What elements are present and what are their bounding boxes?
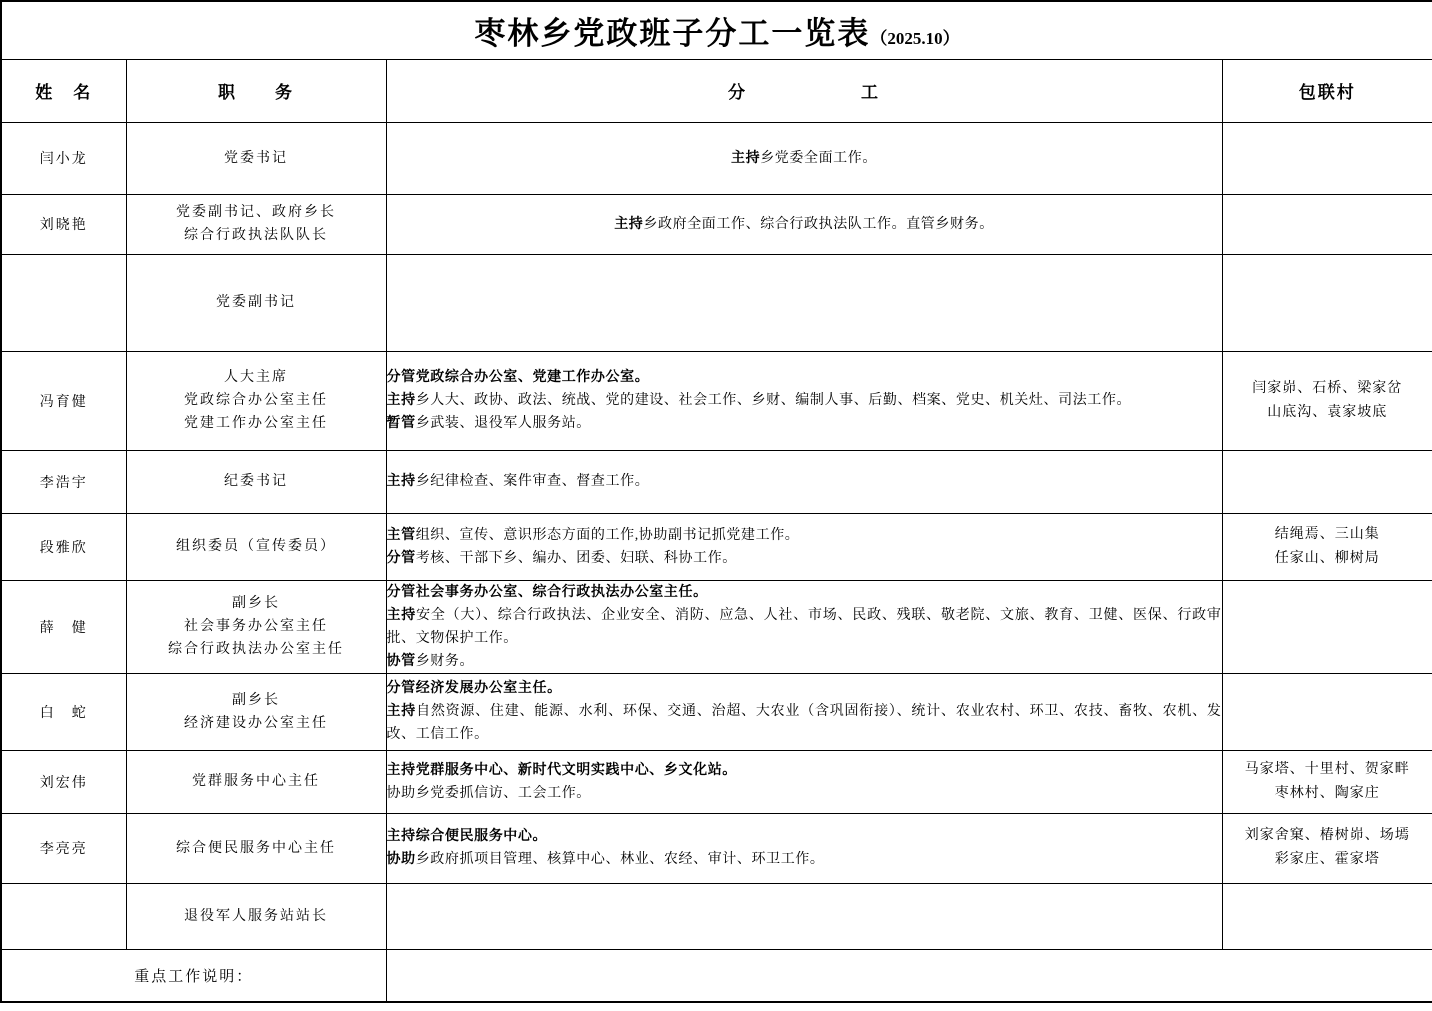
duty-text: 乡纪律检查、案件审查、督查工作。 <box>416 474 650 489</box>
division-cell <box>386 883 1222 949</box>
name-cell <box>1 254 126 351</box>
duty-keyword: 主持 <box>731 151 760 166</box>
position-line: 人大主席 <box>127 366 386 389</box>
name-cell: 闫小龙 <box>1 122 126 194</box>
position-cell: 人大主席党政综合办公室主任党建工作办公室主任 <box>126 351 386 450</box>
villages-line: 马家塔、十里村、贺家畔 <box>1223 758 1432 782</box>
duty-keyword: 分管 <box>387 551 416 566</box>
division-line: 主持自然资源、住建、能源、水利、环保、交通、治超、大农业（含巩固衔接）、统计、农… <box>387 700 1222 746</box>
villages-cell <box>1222 122 1432 194</box>
division-line: 主持乡政府全面工作、综合行政执法队工作。直管乡财务。 <box>387 213 1222 236</box>
villages-cell: 马家塔、十里村、贺家畔枣林村、陶家庄 <box>1222 750 1432 813</box>
division-line: 协助乡政府抓项目管理、核算中心、林业、农经、审计、环卫工作。 <box>387 848 1222 871</box>
table-row: 白 蛇副乡长经济建设办公室主任分管经济发展办公室主任。主持自然资源、住建、能源、… <box>1 673 1432 750</box>
position-line: 纪委书记 <box>127 470 386 493</box>
villages-line: 刘家舍窠、椿树峁、场墕 <box>1223 824 1432 848</box>
title-row: 枣林乡党政班子分工一览表（2025.10） <box>1 1 1432 59</box>
footer-note-content <box>386 949 1432 1002</box>
division-line: 分管经济发展办公室主任。 <box>387 677 1222 700</box>
duty-text: 考核、干部下乡、编办、团委、妇联、科协工作。 <box>416 551 737 566</box>
position-line: 党政综合办公室主任 <box>127 389 386 412</box>
footer-note-label: 重点工作说明： <box>1 949 386 1002</box>
duty-text: 乡财务。 <box>416 654 474 669</box>
table-body: 闫小龙党委书记主持乡党委全面工作。刘晓艳党委副书记、政府乡长综合行政执法队队长主… <box>1 122 1432 949</box>
position-cell: 综合便民服务中心主任 <box>126 813 386 883</box>
position-cell: 党委副书记 <box>126 254 386 351</box>
division-line: 暂管乡武装、退役军人服务站。 <box>387 412 1222 435</box>
position-cell: 组织委员（宣传委员） <box>126 513 386 580</box>
position-line: 退役军人服务站站长 <box>127 905 386 928</box>
division-cell: 主持党群服务中心、新时代文明实践中心、乡文化站。协助乡党委抓信访、工会工作。 <box>386 750 1222 813</box>
duty-keyword: 主持 <box>614 217 643 232</box>
villages-line: 闫家峁、石桥、梁家岔 <box>1223 377 1432 401</box>
division-cell: 分管社会事务办公室、综合行政执法办公室主任。主持安全（大）、综合行政执法、企业安… <box>386 580 1222 673</box>
table-row: 李浩宇纪委书记主持乡纪律检查、案件审查、督查工作。 <box>1 450 1432 513</box>
division-cell: 分管党政综合办公室、党建工作办公室。主持乡人大、政协、政法、统战、党的建设、社会… <box>386 351 1222 450</box>
position-line: 社会事务办公室主任 <box>127 615 386 638</box>
villages-cell: 闫家峁、石桥、梁家岔山底沟、袁家坡底 <box>1222 351 1432 450</box>
position-line: 党委副书记、政府乡长 <box>127 201 386 224</box>
duty-keyword: 分管党政综合办公室、党建工作办公室。 <box>387 370 650 385</box>
header-villages: 包联村 <box>1222 59 1432 122</box>
duty-text: 乡政府抓项目管理、核算中心、林业、农经、审计、环卫工作。 <box>416 852 825 867</box>
header-name: 姓 名 <box>1 59 126 122</box>
table-row: 刘宏伟党群服务中心主任主持党群服务中心、新时代文明实践中心、乡文化站。协助乡党委… <box>1 750 1432 813</box>
header-division: 分 工 <box>386 59 1222 122</box>
table-row: 冯育健人大主席党政综合办公室主任党建工作办公室主任分管党政综合办公室、党建工作办… <box>1 351 1432 450</box>
division-line: 主持乡人大、政协、政法、统战、党的建设、社会工作、乡财、编制人事、后勤、档案、党… <box>387 389 1222 412</box>
duty-text: 乡政府全面工作、综合行政执法队工作。直管乡财务。 <box>643 217 993 232</box>
villages-cell: 结绳焉、三山集任家山、柳树局 <box>1222 513 1432 580</box>
villages-cell <box>1222 254 1432 351</box>
division-cell: 主持乡纪律检查、案件审查、督查工作。 <box>386 450 1222 513</box>
villages-line: 任家山、柳树局 <box>1223 547 1432 571</box>
division-cell: 主持乡政府全面工作、综合行政执法队工作。直管乡财务。 <box>386 194 1222 254</box>
table-row: 段雅欣组织委员（宣传委员）主管组织、宣传、意识形态方面的工作,协助副书记抓党建工… <box>1 513 1432 580</box>
duty-text: 乡党委全面工作。 <box>760 151 877 166</box>
division-line: 分管考核、干部下乡、编办、团委、妇联、科协工作。 <box>387 547 1222 570</box>
duty-keyword: 主持党群服务中心、新时代文明实践中心、乡文化站。 <box>387 763 737 778</box>
villages-cell <box>1222 673 1432 750</box>
duty-keyword: 分管经济发展办公室主任。 <box>387 681 562 696</box>
position-line: 综合便民服务中心主任 <box>127 837 386 860</box>
villages-line: 彩家庄、霍家塔 <box>1223 848 1432 872</box>
work-division-table: 枣林乡党政班子分工一览表（2025.10） 姓 名 职 务 分 工 包联村 闫小… <box>0 0 1432 1003</box>
name-cell: 白 蛇 <box>1 673 126 750</box>
duty-keyword: 主管 <box>387 528 416 543</box>
division-cell: 主管组织、宣传、意识形态方面的工作,协助副书记抓党建工作。分管考核、干部下乡、编… <box>386 513 1222 580</box>
duty-keyword: 主持 <box>387 704 417 719</box>
name-cell <box>1 883 126 949</box>
position-line: 经济建设办公室主任 <box>127 712 386 735</box>
title-cell: 枣林乡党政班子分工一览表（2025.10） <box>1 1 1432 59</box>
duty-text: 协助乡党委抓信访、工会工作。 <box>387 786 591 801</box>
division-cell <box>386 254 1222 351</box>
villages-cell <box>1222 450 1432 513</box>
position-line: 党群服务中心主任 <box>127 770 386 793</box>
duty-keyword: 暂管 <box>387 416 416 431</box>
division-line: 主持综合便民服务中心。 <box>387 825 1222 848</box>
duty-keyword: 协管 <box>387 654 416 669</box>
division-line: 协助乡党委抓信访、工会工作。 <box>387 782 1222 805</box>
position-line: 党建工作办公室主任 <box>127 412 386 435</box>
division-cell: 主持综合便民服务中心。协助乡政府抓项目管理、核算中心、林业、农经、审计、环卫工作… <box>386 813 1222 883</box>
table-row: 闫小龙党委书记主持乡党委全面工作。 <box>1 122 1432 194</box>
name-cell: 刘晓艳 <box>1 194 126 254</box>
table-row: 薛 健副乡长社会事务办公室主任综合行政执法办公室主任分管社会事务办公室、综合行政… <box>1 580 1432 673</box>
duty-text: 组织、宣传、意识形态方面的工作,协助副书记抓党建工作。 <box>416 528 800 543</box>
position-line: 综合行政执法队队长 <box>127 224 386 247</box>
position-cell: 副乡长经济建设办公室主任 <box>126 673 386 750</box>
division-line: 主持党群服务中心、新时代文明实践中心、乡文化站。 <box>387 759 1222 782</box>
header-row: 姓 名 职 务 分 工 包联村 <box>1 59 1432 122</box>
position-line: 副乡长 <box>127 592 386 615</box>
table-row: 党委副书记 <box>1 254 1432 351</box>
position-line: 副乡长 <box>127 689 386 712</box>
duty-text: 自然资源、住建、能源、水利、环保、交通、治超、大农业（含巩固衔接）、统计、农业农… <box>387 704 1222 742</box>
division-cell: 主持乡党委全面工作。 <box>386 122 1222 194</box>
position-line: 组织委员（宣传委员） <box>127 535 386 558</box>
division-line: 分管社会事务办公室、综合行政执法办公室主任。 <box>387 581 1222 604</box>
division-line: 分管党政综合办公室、党建工作办公室。 <box>387 366 1222 389</box>
division-cell: 分管经济发展办公室主任。主持自然资源、住建、能源、水利、环保、交通、治超、大农业… <box>386 673 1222 750</box>
name-cell: 刘宏伟 <box>1 750 126 813</box>
duty-keyword: 主持 <box>387 393 416 408</box>
position-cell: 纪委书记 <box>126 450 386 513</box>
position-cell: 党委副书记、政府乡长综合行政执法队队长 <box>126 194 386 254</box>
duty-text: 安全（大）、综合行政执法、企业安全、消防、应急、人社、市场、民政、残联、敬老院、… <box>387 608 1222 646</box>
villages-cell: 刘家舍窠、椿树峁、场墕彩家庄、霍家塔 <box>1222 813 1432 883</box>
division-line: 主管组织、宣传、意识形态方面的工作,协助副书记抓党建工作。 <box>387 524 1222 547</box>
villages-cell <box>1222 883 1432 949</box>
title-date: （2025.10） <box>870 29 959 48</box>
division-line: 协管乡财务。 <box>387 650 1222 673</box>
villages-line: 结绳焉、三山集 <box>1223 523 1432 547</box>
table-row: 李亮亮综合便民服务中心主任主持综合便民服务中心。协助乡政府抓项目管理、核算中心、… <box>1 813 1432 883</box>
name-cell: 段雅欣 <box>1 513 126 580</box>
duty-text: 乡武装、退役军人服务站。 <box>416 416 591 431</box>
table-row: 退役军人服务站站长 <box>1 883 1432 949</box>
position-line: 综合行政执法办公室主任 <box>127 638 386 661</box>
page-title: 枣林乡党政班子分工一览表 <box>474 16 870 51</box>
header-position: 职 务 <box>126 59 386 122</box>
duty-keyword: 主持 <box>387 474 416 489</box>
position-line: 党委书记 <box>127 147 386 170</box>
division-line: 主持乡纪律检查、案件审查、督查工作。 <box>387 470 1222 493</box>
table-row: 刘晓艳党委副书记、政府乡长综合行政执法队队长主持乡政府全面工作、综合行政执法队工… <box>1 194 1432 254</box>
villages-cell <box>1222 194 1432 254</box>
name-cell: 李浩宇 <box>1 450 126 513</box>
division-line: 主持安全（大）、综合行政执法、企业安全、消防、应急、人社、市场、民政、残联、敬老… <box>387 604 1222 650</box>
position-line: 党委副书记 <box>127 291 386 314</box>
document-sheet: 枣林乡党政班子分工一览表（2025.10） 姓 名 职 务 分 工 包联村 闫小… <box>0 0 1432 1011</box>
duty-keyword: 分管社会事务办公室、综合行政执法办公室主任。 <box>387 585 708 600</box>
footer-row: 重点工作说明： <box>1 949 1432 1002</box>
villages-cell <box>1222 580 1432 673</box>
duty-keyword: 主持 <box>387 608 417 623</box>
position-cell: 退役军人服务站站长 <box>126 883 386 949</box>
duty-keyword: 协助 <box>387 852 416 867</box>
duty-text: 乡人大、政协、政法、统战、党的建设、社会工作、乡财、编制人事、后勤、档案、党史、… <box>416 393 1131 408</box>
name-cell: 薛 健 <box>1 580 126 673</box>
position-cell: 副乡长社会事务办公室主任综合行政执法办公室主任 <box>126 580 386 673</box>
name-cell: 冯育健 <box>1 351 126 450</box>
villages-line: 枣林村、陶家庄 <box>1223 782 1432 806</box>
name-cell: 李亮亮 <box>1 813 126 883</box>
villages-line: 山底沟、袁家坡底 <box>1223 401 1432 425</box>
duty-keyword: 主持综合便民服务中心。 <box>387 829 548 844</box>
position-cell: 党委书记 <box>126 122 386 194</box>
position-cell: 党群服务中心主任 <box>126 750 386 813</box>
division-line: 主持乡党委全面工作。 <box>387 147 1222 170</box>
